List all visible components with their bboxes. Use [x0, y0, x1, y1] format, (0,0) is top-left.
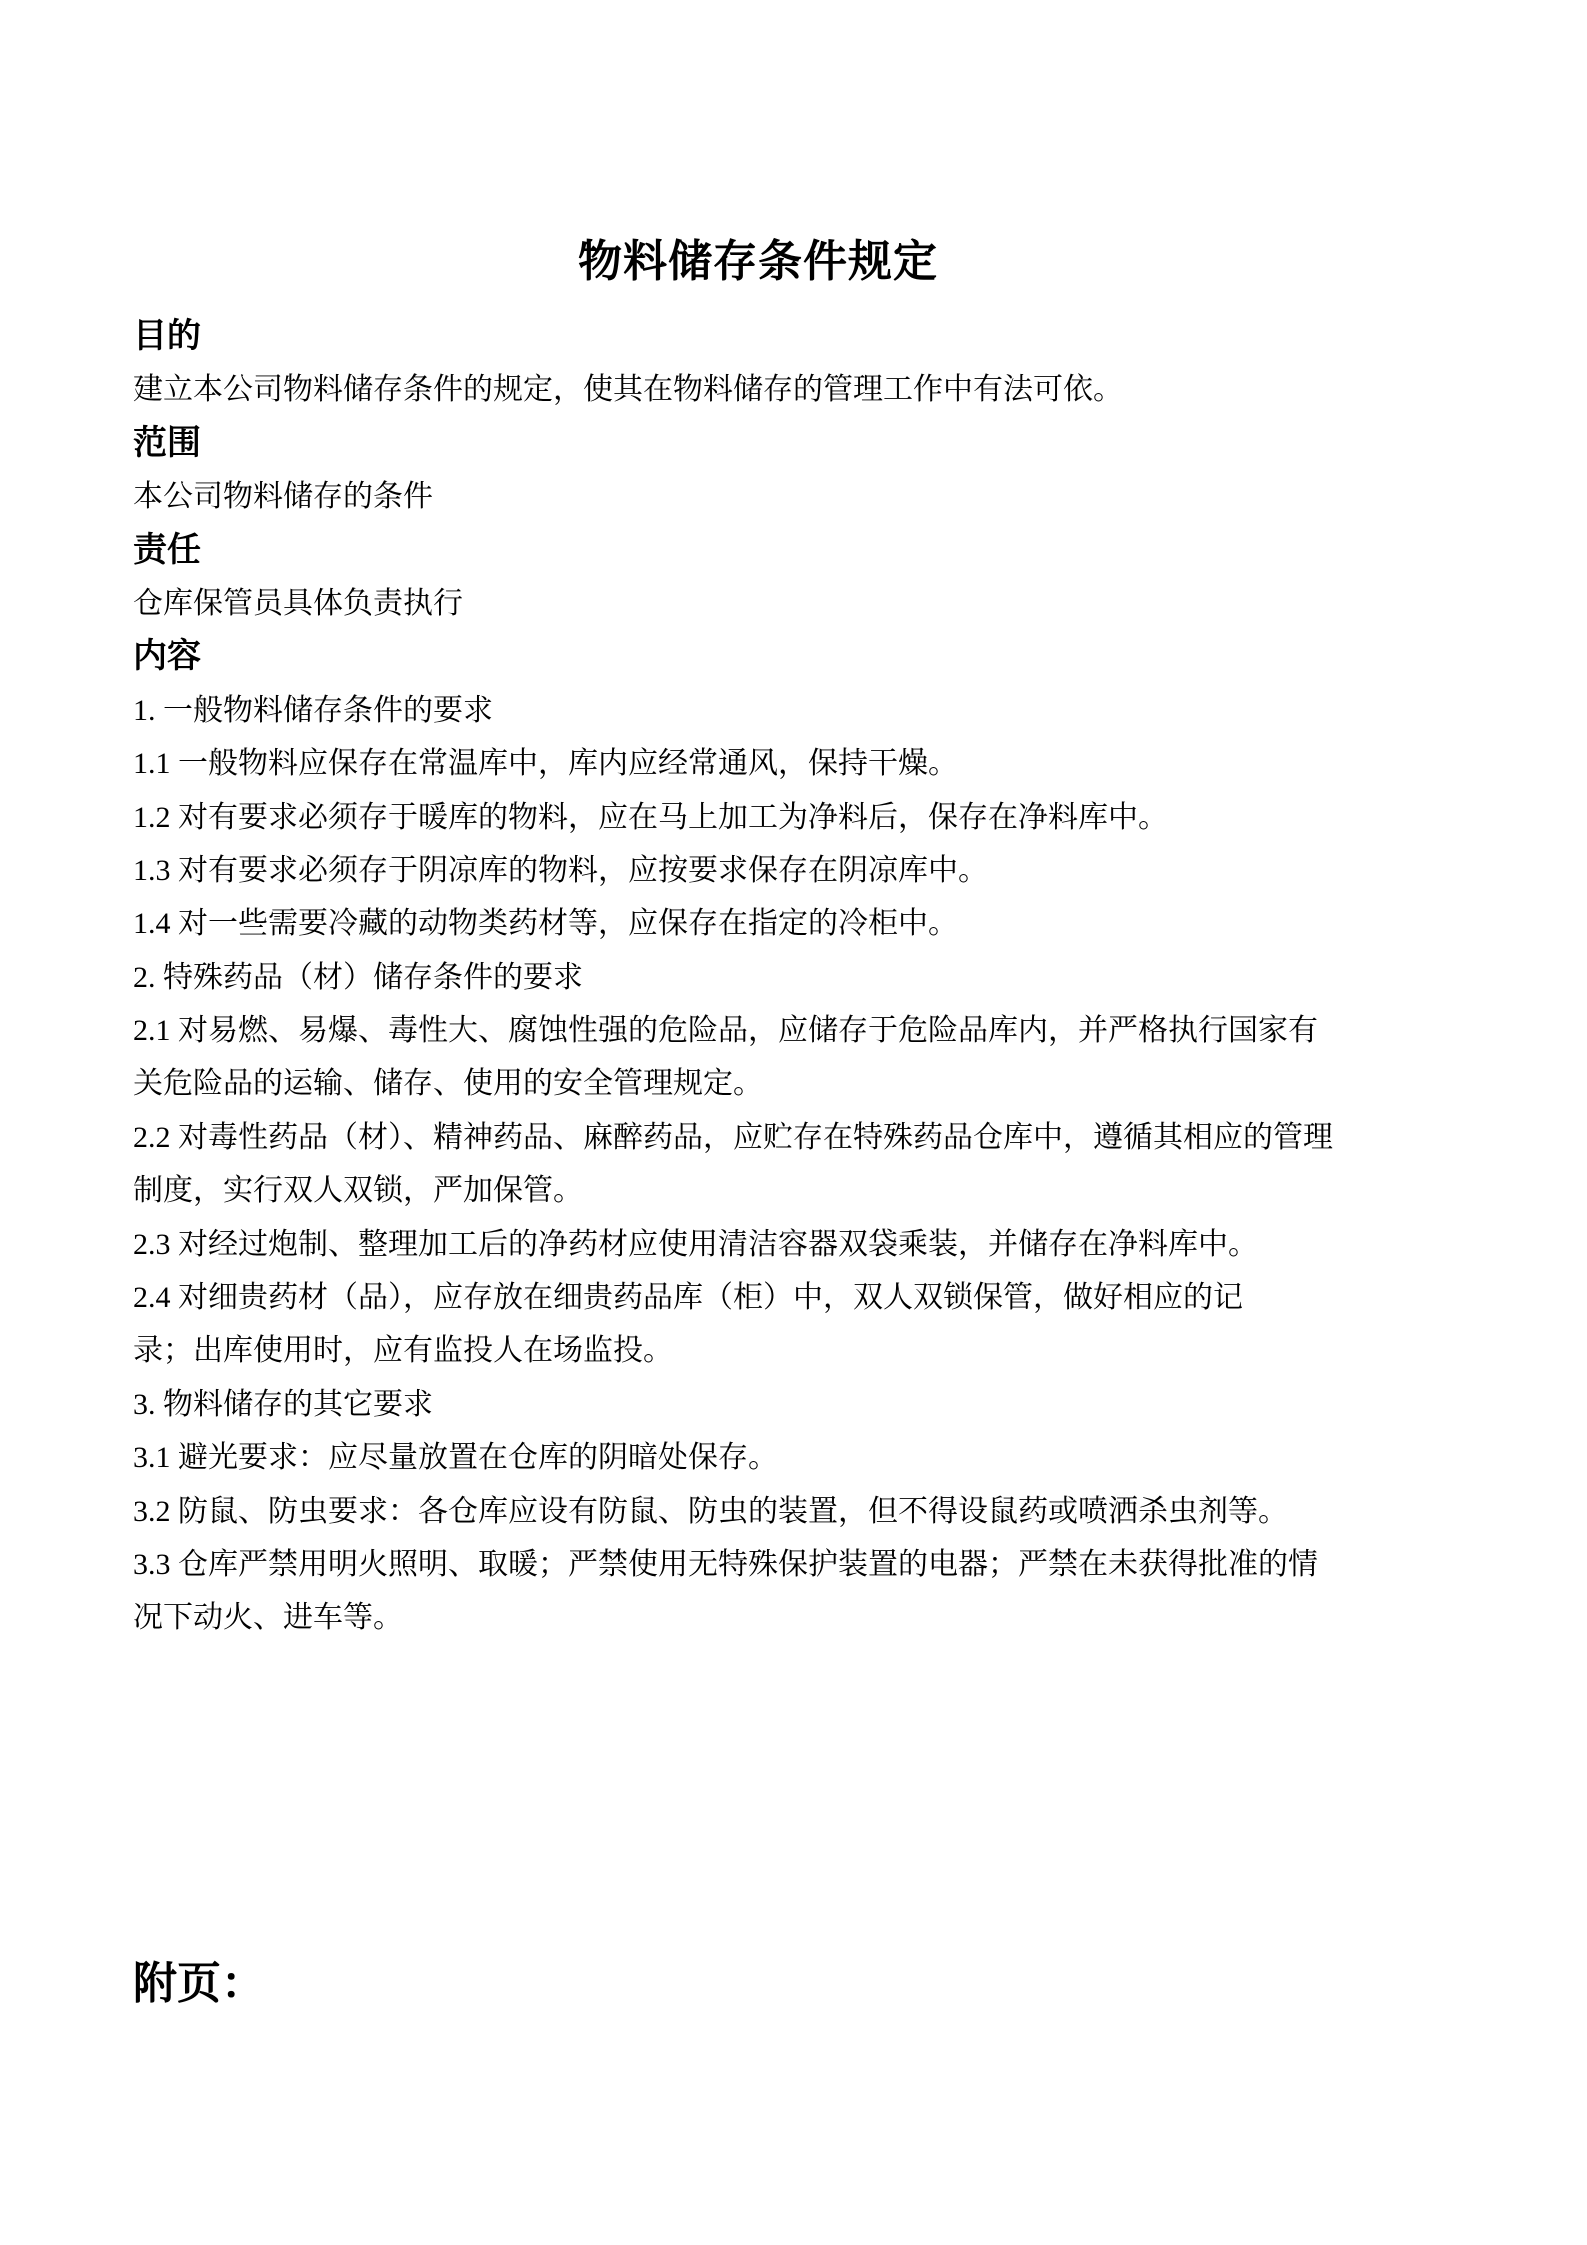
- paragraph-line: 2.1 对易燃、易爆、毒性大、腐蚀性强的危险品，应储存于危险品库内，并严格执行国…: [133, 1004, 1383, 1057]
- section-purpose: 目的 建立本公司物料储存条件的规定，使其在物料储存的管理工作中有法可依。: [133, 310, 1383, 417]
- paragraph-line: 2. 特殊药品（材）储存条件的要求: [133, 951, 1383, 1004]
- section-content: 内容 1. 一般物料储存条件的要求 1.1 一般物料应保存在常温库中，库内应经常…: [133, 630, 1383, 1644]
- appendix-label: 附页：: [133, 1958, 265, 2011]
- paragraph-line: 1.4 对一些需要冷藏的动物类药材等，应保存在指定的冷柜中。: [133, 897, 1383, 950]
- document-page: 物料储存条件规定 目的 建立本公司物料储存条件的规定，使其在物料储存的管理工作中…: [0, 0, 1587, 2245]
- document-body: 目的 建立本公司物料储存条件的规定，使其在物料储存的管理工作中有法可依。 范围 …: [133, 310, 1383, 1645]
- paragraph-line: 况下动火、进车等。: [133, 1591, 1383, 1644]
- document-title: 物料储存条件规定: [133, 225, 1383, 289]
- paragraph-line: 3.2 防鼠、防虫要求：各仓库应设有防鼠、防虫的装置，但不得设鼠药或喷洒杀虫剂等…: [133, 1485, 1383, 1538]
- paragraph-line: 关危险品的运输、储存、使用的安全管理规定。: [133, 1057, 1383, 1110]
- paragraph-line: 本公司物料储存的条件: [133, 470, 1383, 523]
- paragraph-line: 3.3 仓库严禁用明火照明、取暖；严禁使用无特殊保护装置的电器；严禁在未获得批准…: [133, 1538, 1383, 1591]
- paragraph-line: 1. 一般物料储存条件的要求: [133, 684, 1383, 737]
- paragraph-line: 录；出库使用时，应有监投人在场监投。: [133, 1324, 1383, 1377]
- section-heading-responsibility: 责任: [133, 524, 1383, 577]
- paragraph-line: 2.3 对经过炮制、整理加工后的净药材应使用清洁容器双袋乘装，并储存在净料库中。: [133, 1218, 1383, 1271]
- paragraph-line: 建立本公司物料储存条件的规定，使其在物料储存的管理工作中有法可依。: [133, 363, 1383, 416]
- paragraph-line: 2.4 对细贵药材（品），应存放在细贵药品库（柜）中，双人双锁保管，做好相应的记: [133, 1271, 1383, 1324]
- section-scope: 范围 本公司物料储存的条件: [133, 417, 1383, 524]
- section-heading-scope: 范围: [133, 417, 1383, 470]
- paragraph-line: 3. 物料储存的其它要求: [133, 1378, 1383, 1431]
- paragraph-line: 制度，实行双人双锁，严加保管。: [133, 1164, 1383, 1217]
- paragraph-line: 1.2 对有要求必须存于暖库的物料，应在马上加工为净料后，保存在净料库中。: [133, 791, 1383, 844]
- section-responsibility: 责任 仓库保管员具体负责执行: [133, 524, 1383, 631]
- paragraph-line: 仓库保管员具体负责执行: [133, 577, 1383, 630]
- paragraph-line: 1.3 对有要求必须存于阴凉库的物料，应按要求保存在阴凉库中。: [133, 844, 1383, 897]
- paragraph-line: 1.1 一般物料应保存在常温库中，库内应经常通风，保持干燥。: [133, 737, 1383, 790]
- paragraph-line: 3.1 避光要求：应尽量放置在仓库的阴暗处保存。: [133, 1431, 1383, 1484]
- section-heading-content: 内容: [133, 630, 1383, 683]
- paragraph-line: 2.2 对毒性药品（材）、精神药品、麻醉药品，应贮存在特殊药品仓库中，遵循其相应…: [133, 1111, 1383, 1164]
- section-heading-purpose: 目的: [133, 310, 1383, 363]
